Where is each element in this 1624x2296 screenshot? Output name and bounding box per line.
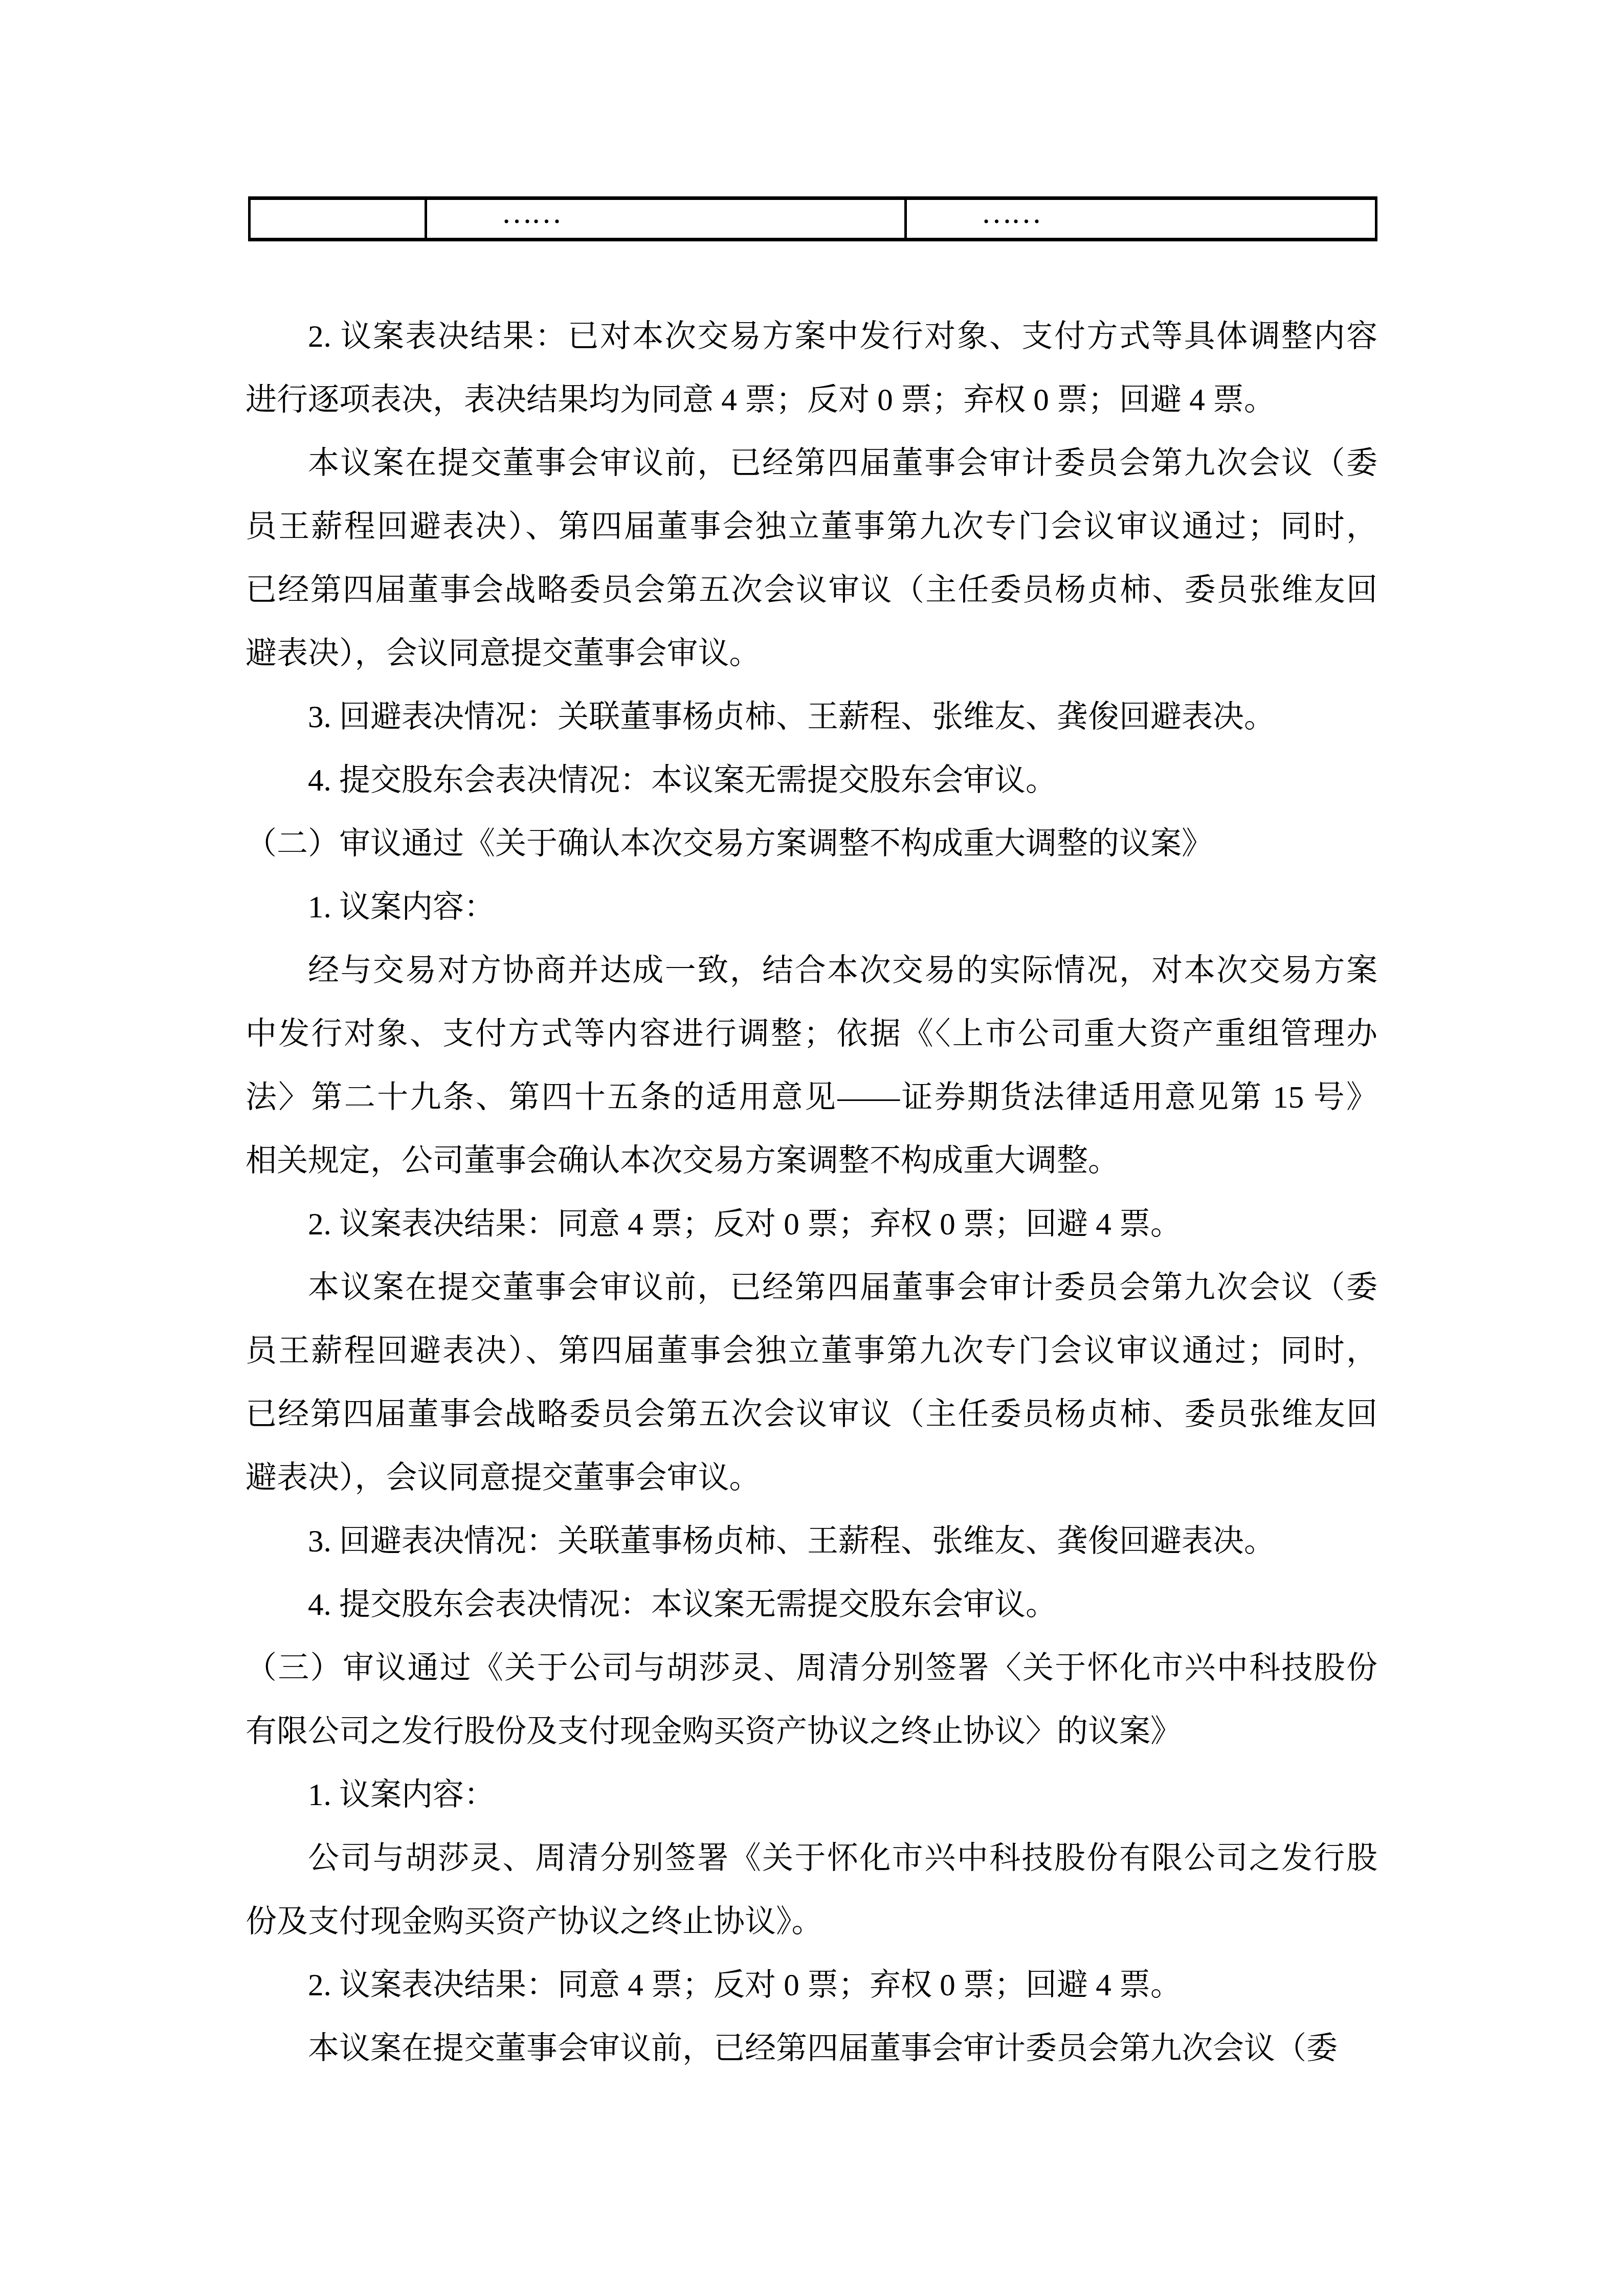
text-line: 员王薪程回避表决）、第四届董事会独立董事第九次专门会议审议通过；同时， bbox=[246, 496, 1377, 559]
paragraph: 3. 回避表决情况：关联董事杨贞柿、王薪程、张维友、龚俊回避表决。 bbox=[246, 1510, 1377, 1573]
table-cell-text: …… bbox=[981, 200, 1040, 231]
text-line: 3. 回避表决情况：关联董事杨贞柿、王薪程、张维友、龚俊回避表决。 bbox=[246, 686, 1377, 749]
document-page: …… …… 2. 议案表决结果：已对本次交易方案中发行对象、支付方式等具体调整内… bbox=[0, 0, 1624, 2296]
document-body: 2. 议案表决结果：已对本次交易方案中发行对象、支付方式等具体调整内容进行逐项表… bbox=[246, 305, 1377, 2081]
paragraph: 3. 回避表决情况：关联董事杨贞柿、王薪程、张维友、龚俊回避表决。 bbox=[246, 686, 1377, 749]
text-line: 2. 议案表决结果：同意 4 票；反对 0 票；弃权 0 票；回避 4 票。 bbox=[246, 1193, 1377, 1256]
text-line: 本议案在提交董事会审议前，已经第四届董事会审计委员会第九次会议（委 bbox=[246, 432, 1377, 496]
text-line: 2. 议案表决结果：已对本次交易方案中发行对象、支付方式等具体调整内容 bbox=[246, 305, 1377, 369]
text-line: 份及支付现金购买资产协议之终止协议》。 bbox=[246, 1890, 1377, 1954]
text-line: 已经第四届董事会战略委员会第五次会议审议（主任委员杨贞柿、委员张维友回 bbox=[246, 559, 1377, 622]
paragraph: 2. 议案表决结果：同意 4 票；反对 0 票；弃权 0 票；回避 4 票。 bbox=[246, 1193, 1377, 1256]
table-cell: …… bbox=[425, 200, 904, 238]
paragraph: （二）审议通过《关于确认本次交易方案调整不构成重大调整的议案》 bbox=[246, 813, 1377, 876]
text-line: 法〉第二十九条、第四十五条的适用意见——证券期货法律适用意见第 15 号》 bbox=[246, 1066, 1377, 1130]
paragraph: 4. 提交股东会表决情况：本议案无需提交股东会审议。 bbox=[246, 1573, 1377, 1637]
paragraph: 经与交易对方协商并达成一致，结合本次交易的实际情况，对本次交易方案中发行对象、支… bbox=[246, 939, 1377, 1193]
paragraph: 本议案在提交董事会审议前，已经第四届董事会审计委员会第九次会议（委员王薪程回避表… bbox=[246, 432, 1377, 686]
table-cell-text: …… bbox=[501, 200, 561, 231]
paragraph: 2. 议案表决结果：同意 4 票；反对 0 票；弃权 0 票；回避 4 票。 bbox=[246, 1954, 1377, 2017]
paragraph: 本议案在提交董事会审议前，已经第四届董事会审计委员会第九次会议（委员王薪程回避表… bbox=[246, 1256, 1377, 1510]
text-line: 避表决），会议同意提交董事会审议。 bbox=[246, 622, 1377, 686]
text-line: 相关规定，公司董事会确认本次交易方案调整不构成重大调整。 bbox=[246, 1130, 1377, 1193]
text-line: 4. 提交股东会表决情况：本议案无需提交股东会审议。 bbox=[246, 1573, 1377, 1637]
text-line: 1. 议案内容： bbox=[246, 876, 1377, 939]
text-line: 员王薪程回避表决）、第四届董事会独立董事第九次专门会议审议通过；同时， bbox=[246, 1320, 1377, 1383]
summary-table: …… …… bbox=[248, 196, 1377, 241]
text-line: 已经第四届董事会战略委员会第五次会议审议（主任委员杨贞柿、委员张维友回 bbox=[246, 1383, 1377, 1447]
text-line: 本议案在提交董事会审议前，已经第四届董事会审计委员会第九次会议（委 bbox=[246, 1256, 1377, 1320]
paragraph: 1. 议案内容： bbox=[246, 1764, 1377, 1827]
table-cell bbox=[251, 200, 425, 238]
text-line: 本议案在提交董事会审议前，已经第四届董事会审计委员会第九次会议（委 bbox=[246, 2017, 1377, 2081]
text-line: 避表决），会议同意提交董事会审议。 bbox=[246, 1447, 1377, 1510]
text-line: 2. 议案表决结果：同意 4 票；反对 0 票；弃权 0 票；回避 4 票。 bbox=[246, 1954, 1377, 2017]
text-line: （三）审议通过《关于公司与胡莎灵、周清分别签署〈关于怀化市兴中科技股份 bbox=[246, 1637, 1377, 1700]
paragraph: 4. 提交股东会表决情况：本议案无需提交股东会审议。 bbox=[246, 749, 1377, 813]
paragraph: 1. 议案内容： bbox=[246, 876, 1377, 939]
text-line: 3. 回避表决情况：关联董事杨贞柿、王薪程、张维友、龚俊回避表决。 bbox=[246, 1510, 1377, 1573]
text-line: 进行逐项表决，表决结果均为同意 4 票；反对 0 票；弃权 0 票；回避 4 票… bbox=[246, 369, 1377, 432]
paragraph: 本议案在提交董事会审议前，已经第四届董事会审计委员会第九次会议（委 bbox=[246, 2017, 1377, 2081]
text-line: 公司与胡莎灵、周清分别签署《关于怀化市兴中科技股份有限公司之发行股 bbox=[246, 1827, 1377, 1890]
text-line: 有限公司之发行股份及支付现金购买资产协议之终止协议〉的议案》 bbox=[246, 1700, 1377, 1764]
text-line: 经与交易对方协商并达成一致，结合本次交易的实际情况，对本次交易方案 bbox=[246, 939, 1377, 1003]
text-line: 1. 议案内容： bbox=[246, 1764, 1377, 1827]
text-line: （二）审议通过《关于确认本次交易方案调整不构成重大调整的议案》 bbox=[246, 813, 1377, 876]
paragraph: 2. 议案表决结果：已对本次交易方案中发行对象、支付方式等具体调整内容进行逐项表… bbox=[246, 305, 1377, 432]
paragraph: 公司与胡莎灵、周清分别签署《关于怀化市兴中科技股份有限公司之发行股份及支付现金购… bbox=[246, 1827, 1377, 1954]
text-line: 中发行对象、支付方式等内容进行调整；依据《〈上市公司重大资产重组管理办 bbox=[246, 1003, 1377, 1066]
table-cell: …… bbox=[904, 200, 1375, 238]
paragraph: （三）审议通过《关于公司与胡莎灵、周清分别签署〈关于怀化市兴中科技股份有限公司之… bbox=[246, 1637, 1377, 1764]
text-line: 4. 提交股东会表决情况：本议案无需提交股东会审议。 bbox=[246, 749, 1377, 813]
